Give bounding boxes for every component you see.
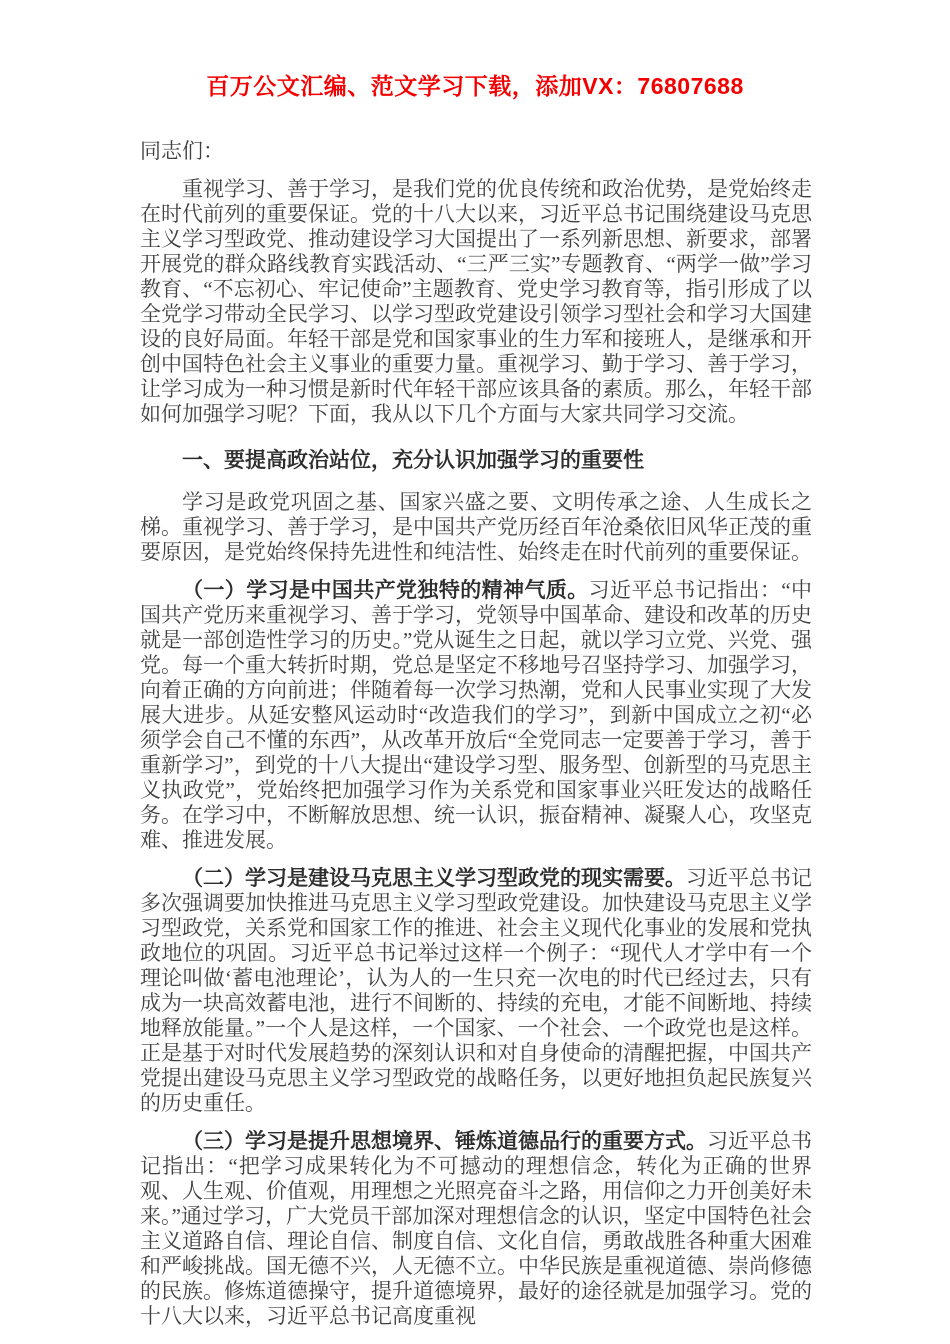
paragraph: 重视学习、善于学习，是我们党的优良传统和政治优势，是党始终走在时代前列的重要保证…	[140, 177, 812, 427]
paragraph-bold-lead: （一）学习是中国共产党独特的精神气质。	[182, 579, 589, 602]
paragraph: （三）学习是提升思想境界、锤炼道德品行的重要方式。习近平总书记指出：“把学习成果…	[140, 1129, 812, 1329]
salutation: 同志们：	[140, 139, 812, 164]
document-page: 百万公文汇编、范文学习下载，添加VX：76807688 同志们：重视学习、善于学…	[0, 0, 950, 1344]
promo-notice: 百万公文汇编、范文学习下载，添加VX：76807688	[0, 0, 950, 101]
document-body: 同志们：重视学习、善于学习，是我们党的优良传统和政治优势，是党始终走在时代前列的…	[140, 139, 812, 1329]
paragraph: （一）学习是中国共产党独特的精神气质。习近平总书记指出：“中国共产党历来重视学习…	[140, 578, 812, 853]
paragraph-bold-lead: （二）学习是建设马克思主义学习型政党的现实需要。	[182, 867, 686, 890]
paragraph: 学习是政党巩固之基、国家兴盛之要、文明传承之途、人生成长之梯。重视学习、善于学习…	[140, 490, 812, 565]
paragraph-bold-lead: （三）学习是提升思想境界、锤炼道德品行的重要方式。	[182, 1130, 707, 1153]
section-heading: 一、要提高政治站位，充分认识加强学习的重要性	[140, 448, 812, 473]
paragraph: （二）学习是建设马克思主义学习型政党的现实需要。习近平总书记多次强调要加快推进马…	[140, 866, 812, 1116]
